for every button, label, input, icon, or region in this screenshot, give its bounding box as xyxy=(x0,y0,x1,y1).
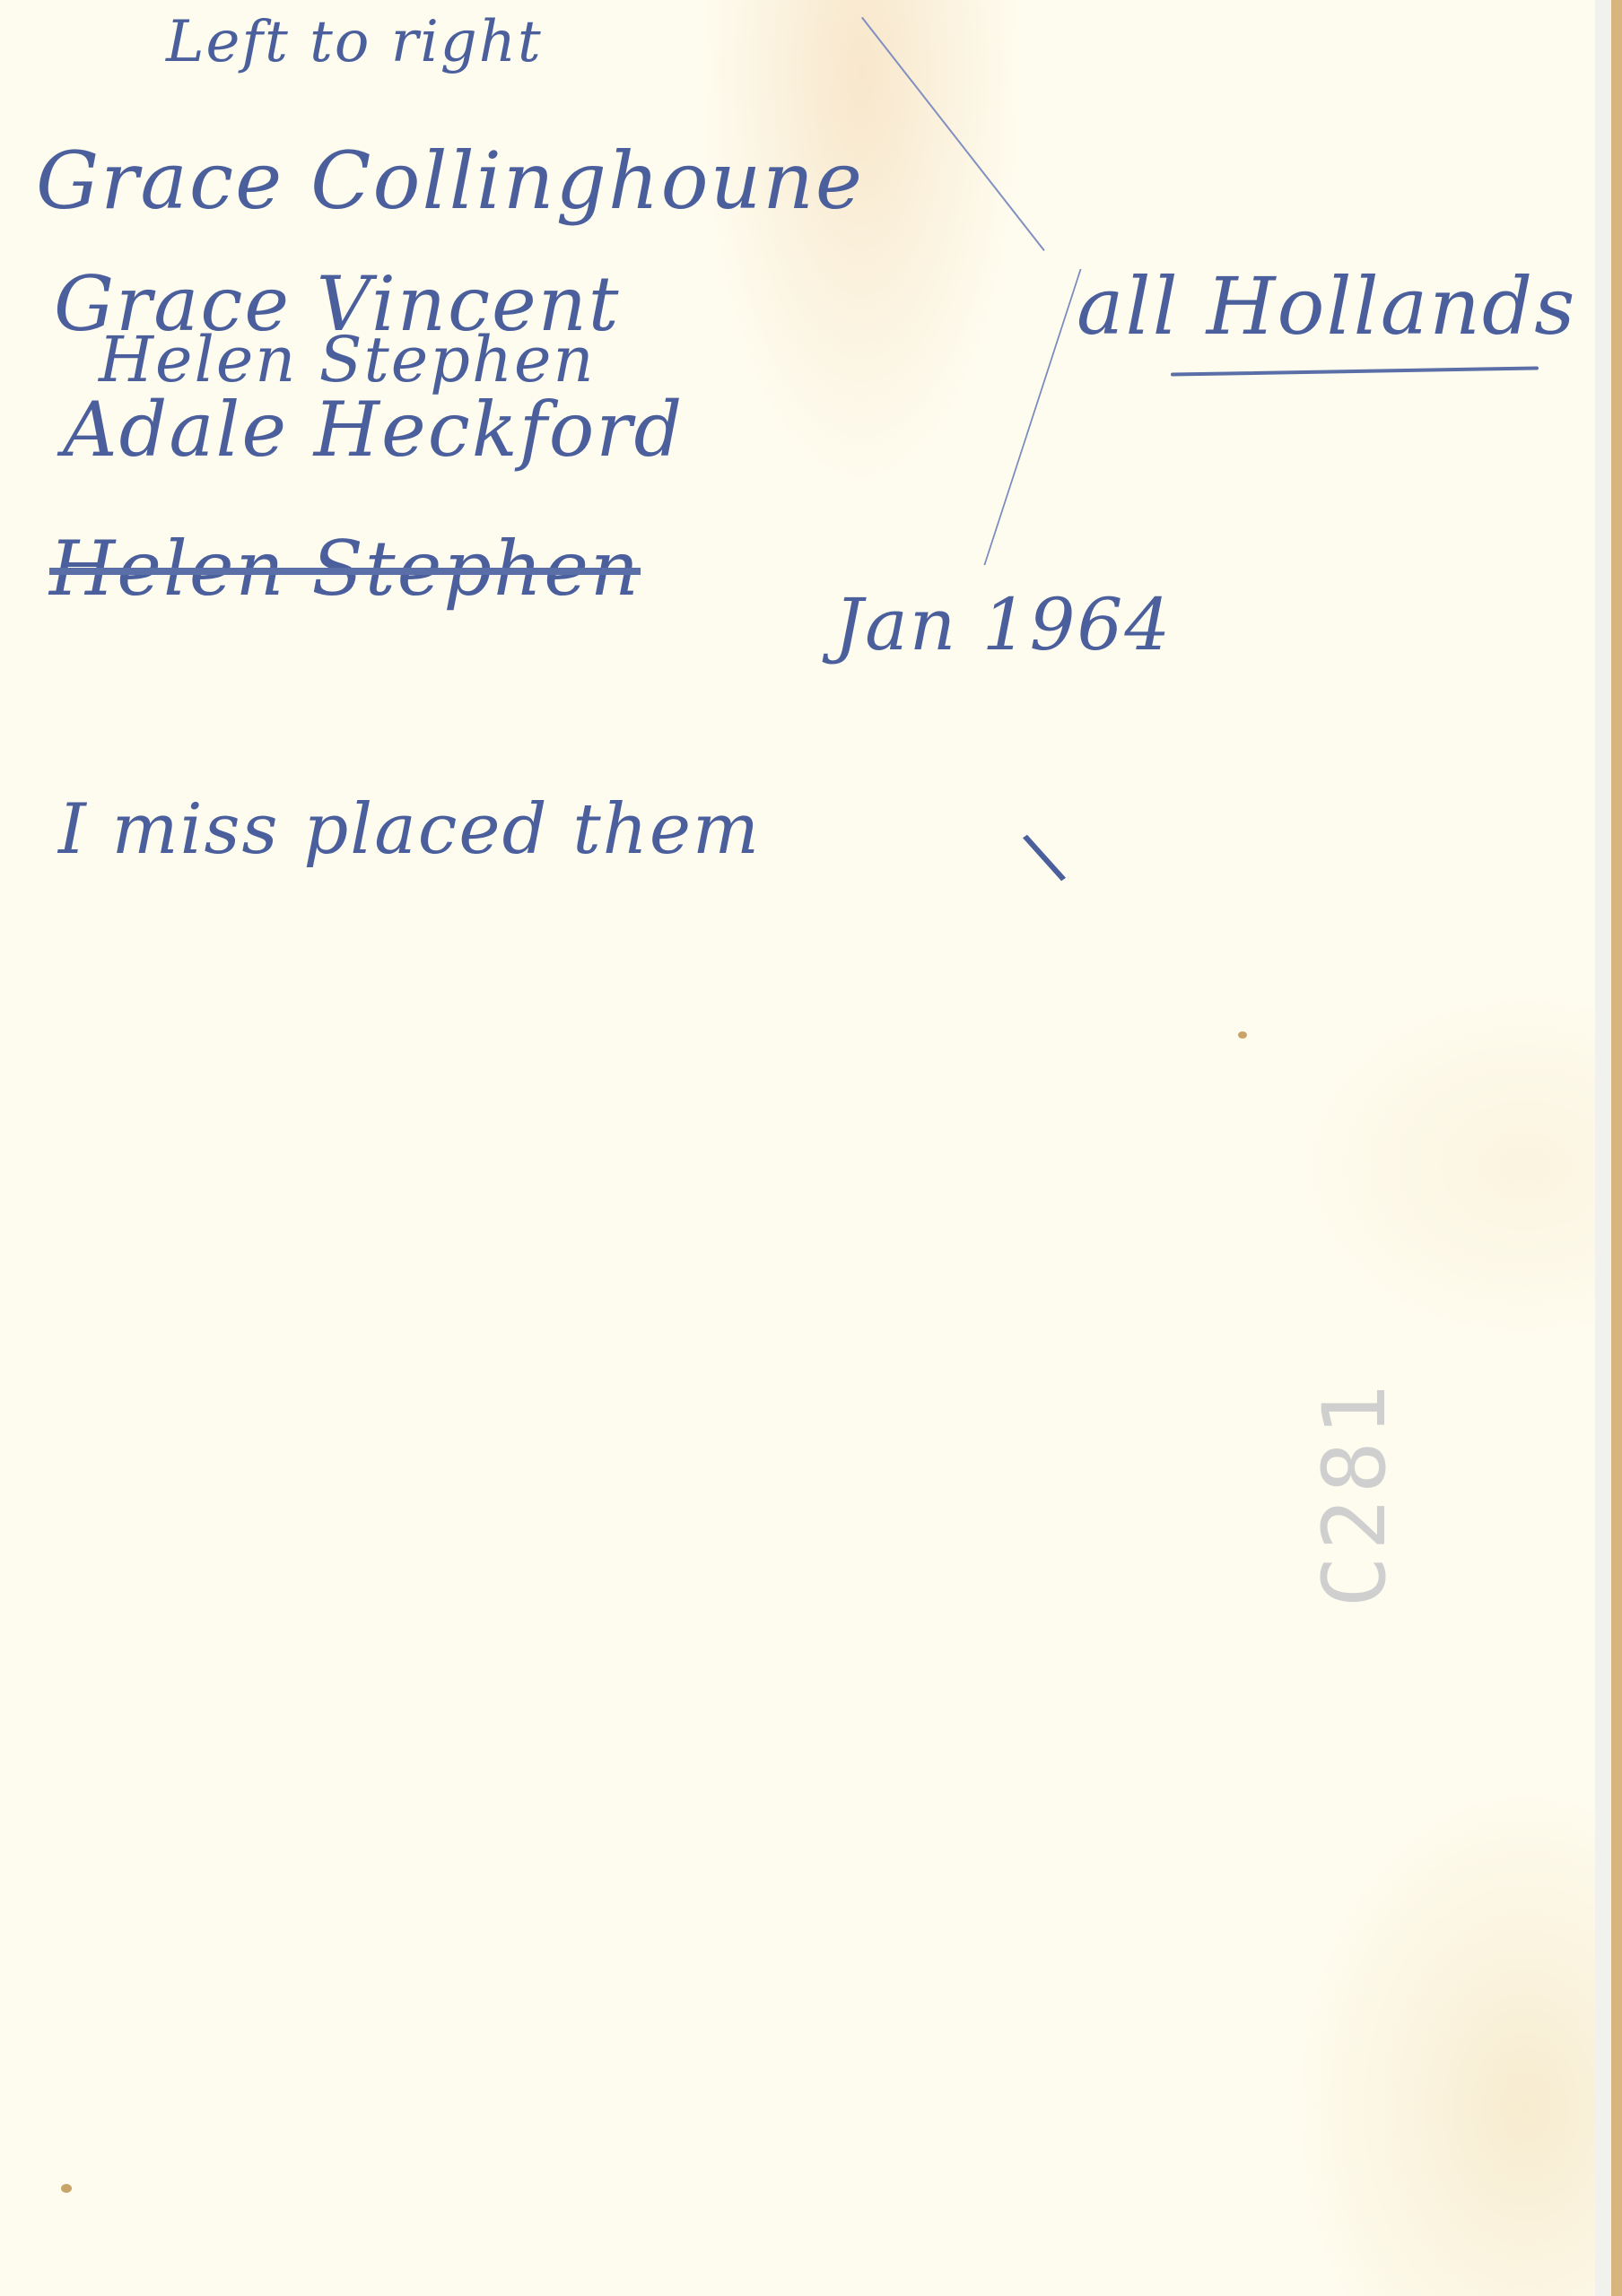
grouping-bracket xyxy=(876,269,1081,565)
card-edge-white xyxy=(1595,0,1611,2296)
note-text: I miss placed them xyxy=(58,789,761,870)
stamp-code: C281 xyxy=(1314,1377,1395,1610)
pen-stroke-line xyxy=(861,17,1045,251)
stain-speck xyxy=(1238,1031,1247,1039)
group-label: all Hollands xyxy=(1077,260,1576,352)
card-edge-tan xyxy=(1611,0,1622,2296)
name-line-4: Adale Heckford xyxy=(63,386,684,474)
name-line-1: Grace Collinghoune xyxy=(36,135,864,227)
stain-speck xyxy=(61,2184,72,2193)
heading: Left to right xyxy=(166,9,543,75)
photo-card-back: Left to right Grace Collinghoune Grace V… xyxy=(0,0,1600,2296)
name-line-5-struck: Helen Stephen xyxy=(49,525,641,613)
group-underline xyxy=(1171,366,1539,376)
heading-text: Left to right xyxy=(166,9,543,75)
date-text: Jan 1964 xyxy=(834,583,1172,666)
note-mark: \ xyxy=(1011,816,1078,897)
